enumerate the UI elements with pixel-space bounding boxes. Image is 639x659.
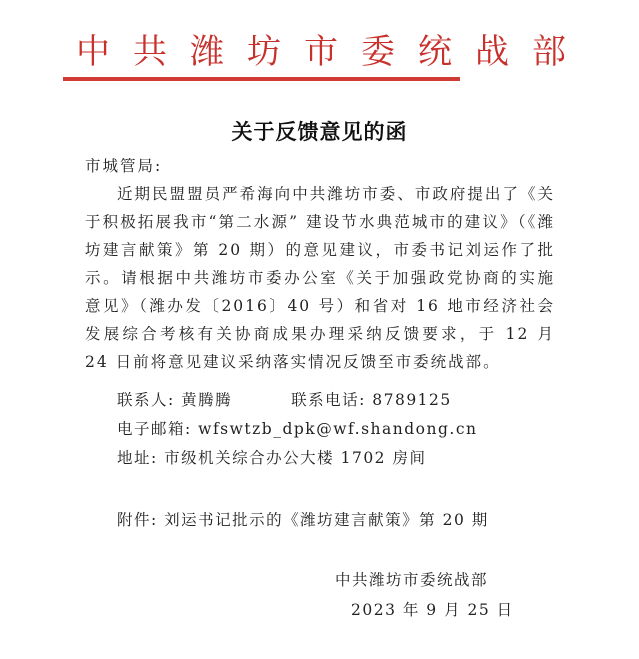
contact-address-label: 地址: [117, 449, 158, 467]
letterhead-red-rule [63, 77, 460, 81]
contact-email-row: 电子邮箱: wfswtzb_dpk@wf.shandong.cn [117, 415, 478, 444]
contact-person-label: 联系人: [117, 391, 175, 409]
document-body: 市城管局: 近期民盟盟员严希海向中共潍坊市委、市政府提出了《关于积极拓展我市“第… [85, 152, 555, 376]
attachment-label: 附件: [117, 511, 158, 529]
signature-date: 2023 年 9 月 25 日 [335, 595, 514, 625]
main-paragraph: 近期民盟盟员严希海向中共潍坊市委、市政府提出了《关于积极拓展我市“第二水源” 建… [85, 180, 555, 376]
attachment-value: 刘运书记批示的《潍坊建言献策》第 20 期 [164, 511, 489, 529]
contact-email-value: wfswtzb_dpk@wf.shandong.cn [198, 420, 477, 438]
contact-email-label: 电子邮箱: [117, 420, 192, 438]
contact-block: 联系人: 黄腾腾 联系电话: 8789125 电子邮箱: wfswtzb_dpk… [117, 386, 478, 473]
signature-org: 中共潍坊市委统战部 [335, 565, 514, 595]
contact-address-row: 地址: 市级机关综合办公大楼 1702 房间 [117, 444, 478, 473]
salutation: 市城管局: [85, 152, 555, 180]
letterhead-org-name: 中共潍坊市委统战部 [76, 30, 566, 74]
signature-block: 中共潍坊市委统战部 2023 年 9 月 25 日 [335, 565, 514, 625]
contact-person-row: 联系人: 黄腾腾 联系电话: 8789125 [117, 386, 478, 415]
contact-phone-label: 联系电话: [291, 391, 366, 409]
attachment-line: 附件: 刘运书记批示的《潍坊建言献策》第 20 期 [117, 508, 489, 530]
contact-person-value: 黄腾腾 [181, 391, 232, 409]
contact-address-value: 市级机关综合办公大楼 1702 房间 [164, 449, 426, 467]
contact-phone-value: 8789125 [372, 391, 452, 409]
document-title: 关于反馈意见的函 [0, 116, 639, 146]
